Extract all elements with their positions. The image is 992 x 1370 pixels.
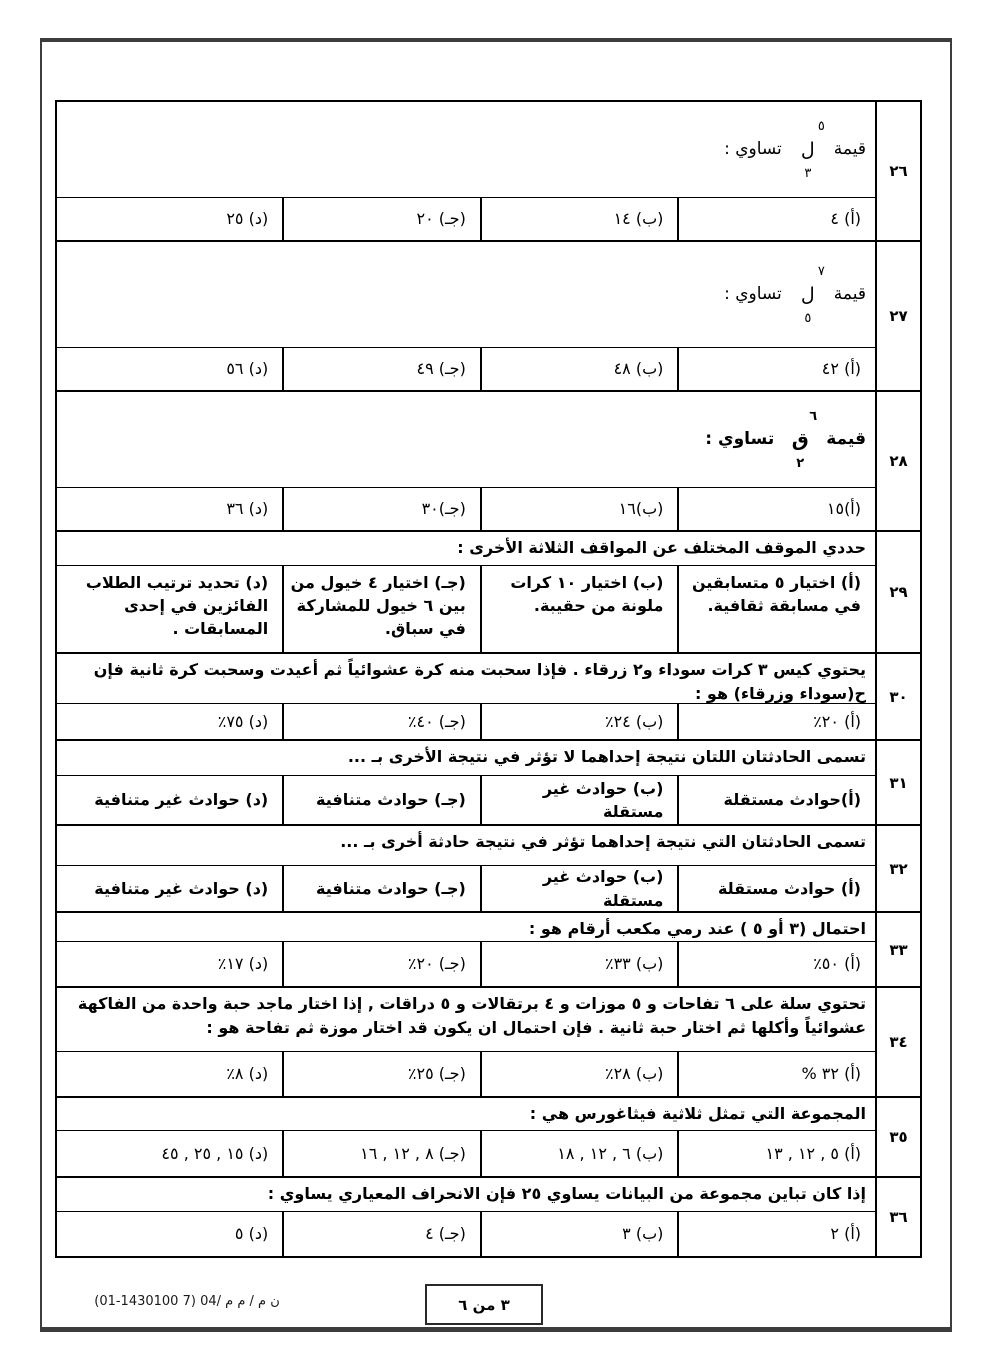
answer-option-d: (د) حوادث غير متنافية xyxy=(57,776,284,824)
answers-row: (أ) ٢٠٪ (ب) ٢٤٪ (جـ) ٤٠٪ (د) ٧٥٪ xyxy=(57,704,875,739)
footer-code-number: (01-1430100 7) xyxy=(94,1294,196,1309)
question-block-33: ٣٣ احتمال (٣ أو ٥ ) عند رمي مكعب أرقام ه… xyxy=(57,911,920,986)
question-text: قيمة ٥ ل ٣ تساوي : xyxy=(57,102,875,198)
answer-option-d: (د) حوادث غير متنافية xyxy=(57,866,284,911)
math-subscript: ٥ xyxy=(804,312,811,325)
footer-page-indicator: ٣ من ٦ xyxy=(425,1284,543,1325)
math-prefix: قيمة xyxy=(826,427,866,453)
answer-option-b: (ب) ٦ , ١٢ , ١٨ xyxy=(482,1131,680,1176)
question-block-26: ٢٦ قيمة ٥ ل ٣ تساوي : (أ) ٤ (ب) ١٤ (جـ) … xyxy=(57,102,920,240)
math-suffix: تساوي : xyxy=(705,427,774,453)
question-text: قيمة ٦ ق ٢ تساوي : xyxy=(57,392,875,488)
answers-row: (أ) ٤ (ب) ١٤ (جـ) ٢٠ (د) ٢٥ xyxy=(57,198,875,240)
answer-option-b: (ب) ٢٨٪ xyxy=(482,1052,680,1096)
answer-option-a: (أ) ٣٢ % xyxy=(679,1052,875,1096)
question-text: إذا كان تباين مجموعة من البيانات يساوي ٢… xyxy=(57,1178,875,1212)
answer-option-b: (ب) ٣ xyxy=(482,1212,680,1256)
question-number: ٣٤ xyxy=(875,988,920,1096)
answer-option-d: (د) ٣٦ xyxy=(57,488,284,530)
question-text: تسمى الحادثتان اللتان نتيجة إحداهما لا ت… xyxy=(57,741,875,776)
answer-option-c: (جـ) حوادث متنافية xyxy=(284,866,482,911)
answers-row: (أ) ٤٢ (ب) ٤٨ (جـ) ٤٩ (د) ٥٦ xyxy=(57,348,875,390)
question-block-28: ٢٨ قيمة ٦ ق ٢ تساوي : (أ)١٥ (ب)١٦ (جـ)٣٠… xyxy=(57,390,920,530)
question-text: حددي الموقف المختلف عن المواقف الثلاثة ا… xyxy=(57,532,875,566)
answers-row: (أ) ٣٢ % (ب) ٢٨٪ (جـ) ٢٥٪ (د) ٨٪ xyxy=(57,1052,875,1096)
question-number: ٣٥ xyxy=(875,1098,920,1176)
answer-option-a: (أ) حوادث مستقلة xyxy=(679,866,875,911)
answer-option-c: (جـ) ٤٩ xyxy=(284,348,482,390)
answer-option-c: (جـ) حوادث متنافية xyxy=(284,776,482,824)
answer-option-a: (أ) ٥٠٪ xyxy=(679,942,875,986)
answers-row: (أ) حوادث مستقلة (ب) حوادث غير مستقلة (ج… xyxy=(57,866,875,911)
math-symbol: ٧ ل ٥ xyxy=(791,265,825,325)
answer-option-d: (د) ٥ xyxy=(57,1212,284,1256)
math-letter: ق xyxy=(792,431,809,450)
question-block-27: ٢٧ قيمة ٧ ل ٥ تساوي : (أ) ٤٢ (ب) ٤٨ (جـ)… xyxy=(57,240,920,390)
answer-option-c: (جـ)٣٠ xyxy=(284,488,482,530)
question-block-29: ٢٩ حددي الموقف المختلف عن المواقف الثلاث… xyxy=(57,530,920,652)
answer-option-a: (أ) ٢٠٪ xyxy=(679,704,875,739)
question-block-32: ٣٢ تسمى الحادثتان التي نتيجة إحداهما تؤث… xyxy=(57,824,920,911)
question-block-30: ٣٠ يحتوي كيس ٣ كرات سوداء و٢ زرقاء . فإذ… xyxy=(57,652,920,739)
question-block-36: ٣٦ إذا كان تباين مجموعة من البيانات يساو… xyxy=(57,1176,920,1256)
answer-option-a: (أ)حوادث مستقلة xyxy=(679,776,875,824)
answer-option-a: (أ) اختيار ٥ متسابقين في مسابقة ثقافية. xyxy=(679,566,875,652)
answer-option-c: (جـ) ٢٠ xyxy=(284,198,482,240)
answer-option-a: (أ) ٤ xyxy=(679,198,875,240)
answer-option-c: (جـ) ٢٥٪ xyxy=(284,1052,482,1096)
question-text: احتمال (٣ أو ٥ ) عند رمي مكعب أرقام هو : xyxy=(57,913,875,942)
answer-option-c: (جـ) ٢٠٪ xyxy=(284,942,482,986)
answer-option-d: (د) ٨٪ xyxy=(57,1052,284,1096)
math-superscript: ٦ xyxy=(809,410,817,423)
math-subscript: ٢ xyxy=(796,457,804,470)
answer-option-b: (ب) ٢٤٪ xyxy=(482,704,680,739)
answer-option-c: (جـ) اختيار ٤ خيول من بين ٦ خيول للمشارك… xyxy=(284,566,482,652)
answer-option-a: (أ) ٤٢ xyxy=(679,348,875,390)
answers-row: (أ) ٥٠٪ (ب) ٣٣٪ (جـ) ٢٠٪ (د) ١٧٪ xyxy=(57,942,875,986)
question-text: قيمة ٧ ل ٥ تساوي : xyxy=(57,242,875,348)
answer-option-c: (جـ) ٤ xyxy=(284,1212,482,1256)
answer-option-a: (أ)١٥ xyxy=(679,488,875,530)
exam-page: { "footer": { "page_indicator": "٣ من ٦"… xyxy=(0,0,992,1370)
answer-option-d: (د) ٧٥٪ xyxy=(57,704,284,739)
answer-option-b: (ب)١٦ xyxy=(482,488,680,530)
answer-option-b: (ب) ٤٨ xyxy=(482,348,680,390)
answer-option-c: (جـ) ٨ , ١٢ , ١٦ xyxy=(284,1131,482,1176)
question-number: ٣٢ xyxy=(875,826,920,911)
footer-document-code: ن م / م م /04 (01-1430100 7) xyxy=(62,1294,312,1309)
question-text: يحتوي كيس ٣ كرات سوداء و٢ زرقاء . فإذا س… xyxy=(57,654,875,704)
answer-option-d: (د) ١٥ , ٢٥ , ٤٥ xyxy=(57,1131,284,1176)
math-letter: ل xyxy=(801,286,815,305)
answers-row: (أ) ٥ , ١٢ , ١٣ (ب) ٦ , ١٢ , ١٨ (جـ) ٨ ,… xyxy=(57,1131,875,1176)
question-table: ٢٦ قيمة ٥ ل ٣ تساوي : (أ) ٤ (ب) ١٤ (جـ) … xyxy=(55,100,922,1258)
question-number: ٢٦ xyxy=(875,102,920,240)
answer-option-b: (ب) ٣٣٪ xyxy=(482,942,680,986)
answer-option-b: (ب) حوادث غير مستقلة xyxy=(482,866,680,911)
question-number: ٢٨ xyxy=(875,392,920,530)
question-text: المجموعة التي تمثل ثلاثية فيثاغورس هي : xyxy=(57,1098,875,1131)
question-block-34: ٣٤ تحتوي سلة على ٦ تفاحات و ٥ موزات و ٤ … xyxy=(57,986,920,1096)
answer-option-d: (د) ١٧٪ xyxy=(57,942,284,986)
math-subscript: ٣ xyxy=(804,167,811,180)
math-letter: ل xyxy=(801,141,815,160)
math-prefix: قيمة xyxy=(834,137,866,163)
question-text: تسمى الحادثتان التي نتيجة إحداهما تؤثر ف… xyxy=(57,826,875,866)
answer-option-a: (أ) ٢ xyxy=(679,1212,875,1256)
question-number: ٣٠ xyxy=(875,654,920,739)
answer-option-d: (د) تحديد ترتيب الطلاب الفائزين في إحدى … xyxy=(57,566,284,652)
answer-option-b: (ب) اختيار ١٠ كرات ملونة من حقيبة. xyxy=(482,566,680,652)
question-text: تحتوي سلة على ٦ تفاحات و ٥ موزات و ٤ برت… xyxy=(57,988,875,1052)
math-suffix: تساوي : xyxy=(724,137,782,163)
answer-option-d: (د) ٢٥ xyxy=(57,198,284,240)
math-superscript: ٥ xyxy=(818,120,825,133)
answers-row: (أ)حوادث مستقلة (ب) حوادث غير مستقلة (جـ… xyxy=(57,776,875,824)
answer-option-b: (ب) حوادث غير مستقلة xyxy=(482,776,680,824)
math-symbol: ٦ ق ٢ xyxy=(783,410,817,470)
question-number: ٣٦ xyxy=(875,1178,920,1256)
question-block-31: ٣١ تسمى الحادثتان اللتان نتيجة إحداهما ل… xyxy=(57,739,920,824)
math-suffix: تساوي : xyxy=(724,282,782,308)
question-number: ٢٩ xyxy=(875,532,920,652)
answers-row: (أ) ٢ (ب) ٣ (جـ) ٤ (د) ٥ xyxy=(57,1212,875,1256)
answer-option-b: (ب) ١٤ xyxy=(482,198,680,240)
answer-option-c: (جـ) ٤٠٪ xyxy=(284,704,482,739)
answers-row: (أ) اختيار ٥ متسابقين في مسابقة ثقافية. … xyxy=(57,566,875,652)
answer-option-a: (أ) ٥ , ١٢ , ١٣ xyxy=(679,1131,875,1176)
question-number: ٣١ xyxy=(875,741,920,824)
question-number: ٣٣ xyxy=(875,913,920,986)
footer-code-arabic: ن م / م م /04 xyxy=(200,1294,280,1309)
math-prefix: قيمة xyxy=(834,282,866,308)
answer-option-d: (د) ٥٦ xyxy=(57,348,284,390)
question-block-35: ٣٥ المجموعة التي تمثل ثلاثية فيثاغورس هي… xyxy=(57,1096,920,1176)
answers-row: (أ)١٥ (ب)١٦ (جـ)٣٠ (د) ٣٦ xyxy=(57,488,875,530)
question-number: ٢٧ xyxy=(875,242,920,390)
math-superscript: ٧ xyxy=(818,265,825,278)
math-symbol: ٥ ل ٣ xyxy=(791,120,825,180)
